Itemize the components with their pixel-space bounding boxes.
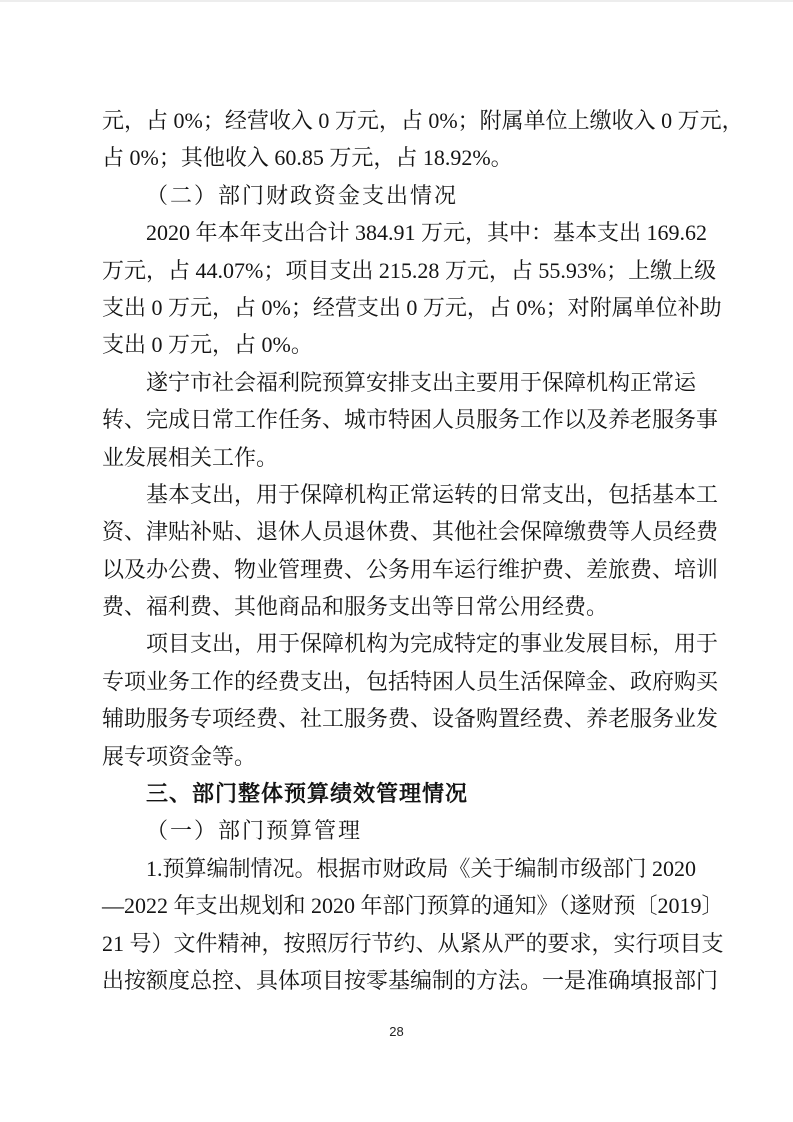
para-project-expend-line-1: 项目支出，用于保障机构为完成特定的事业发展目标，用于 <box>102 625 778 662</box>
para-purpose-line-3: 业发展相关工作。 <box>102 439 778 476</box>
para-basic-expend-line-3: 以及办公费、物业管理费、公务用车运行维护费、差旅费、培训 <box>102 551 778 588</box>
heading-section-expenditure: （二）部门财政资金支出情况 <box>102 177 778 214</box>
para-purpose-line-2: 转、完成日常工作任务、城市特困人员服务工作以及养老服务事 <box>102 401 778 438</box>
para-budget-compile-line-4: 出按额度总控、具体项目按零基编制的方法。一是准确填报部门 <box>102 962 778 999</box>
para-basic-expend-line-2: 资、津贴补贴、退休人员退休费、其他社会保障缴费等人员经费 <box>102 513 778 550</box>
para-budget-compile-line-3: 21 号）文件精神，按照厉行节约、从紧从严的要求，实行项目支 <box>102 925 778 962</box>
document-body: 元，占 0%；经营收入 0 万元，占 0%；附属单位上缴收入 0 万元， 占 0… <box>102 102 778 999</box>
para-income-line-1: 元，占 0%；经营收入 0 万元，占 0%；附属单位上缴收入 0 万元， <box>102 102 778 139</box>
document-page: 元，占 0%；经营收入 0 万元，占 0%；附属单位上缴收入 0 万元， 占 0… <box>0 0 793 1122</box>
heading-budget-management: （一）部门预算管理 <box>102 812 778 849</box>
para-budget-compile-line-1: 1.预算编制情况。根据市财政局《关于编制市级部门 2020 <box>102 850 778 887</box>
para-budget-compile-line-2: —2022 年支出规划和 2020 年部门预算的通知》（遂财预〔2019〕 <box>102 887 778 924</box>
para-purpose-line-1: 遂宁市社会福利院预算安排支出主要用于保障机构正常运 <box>102 364 778 401</box>
para-income-line-2: 占 0%；其他收入 60.85 万元，占 18.92%。 <box>102 139 778 176</box>
para-project-expend-line-4: 展专项资金等。 <box>102 738 778 775</box>
para-expenditure-line-1: 2020 年本年支出合计 384.91 万元，其中：基本支出 169.62 <box>102 214 778 251</box>
para-expenditure-line-4: 支出 0 万元，占 0%。 <box>102 326 778 363</box>
para-basic-expend-line-1: 基本支出，用于保障机构正常运转的日常支出，包括基本工 <box>102 476 778 513</box>
para-expenditure-line-2: 万元，占 44.07%；项目支出 215.28 万元，占 55.93%；上缴上级 <box>102 252 778 289</box>
heading-section-3-performance: 三、部门整体预算绩效管理情况 <box>102 775 778 812</box>
page-number: 28 <box>0 1024 793 1039</box>
para-expenditure-line-3: 支出 0 万元，占 0%；经营支出 0 万元，占 0%；对附属单位补助 <box>102 289 778 326</box>
para-basic-expend-line-4: 费、福利费、其他商品和服务支出等日常公用经费。 <box>102 588 778 625</box>
para-project-expend-line-3: 辅助服务专项经费、社工服务费、设备购置经费、养老服务业发 <box>102 700 778 737</box>
para-project-expend-line-2: 专项业务工作的经费支出，包括特困人员生活保障金、政府购买 <box>102 663 778 700</box>
